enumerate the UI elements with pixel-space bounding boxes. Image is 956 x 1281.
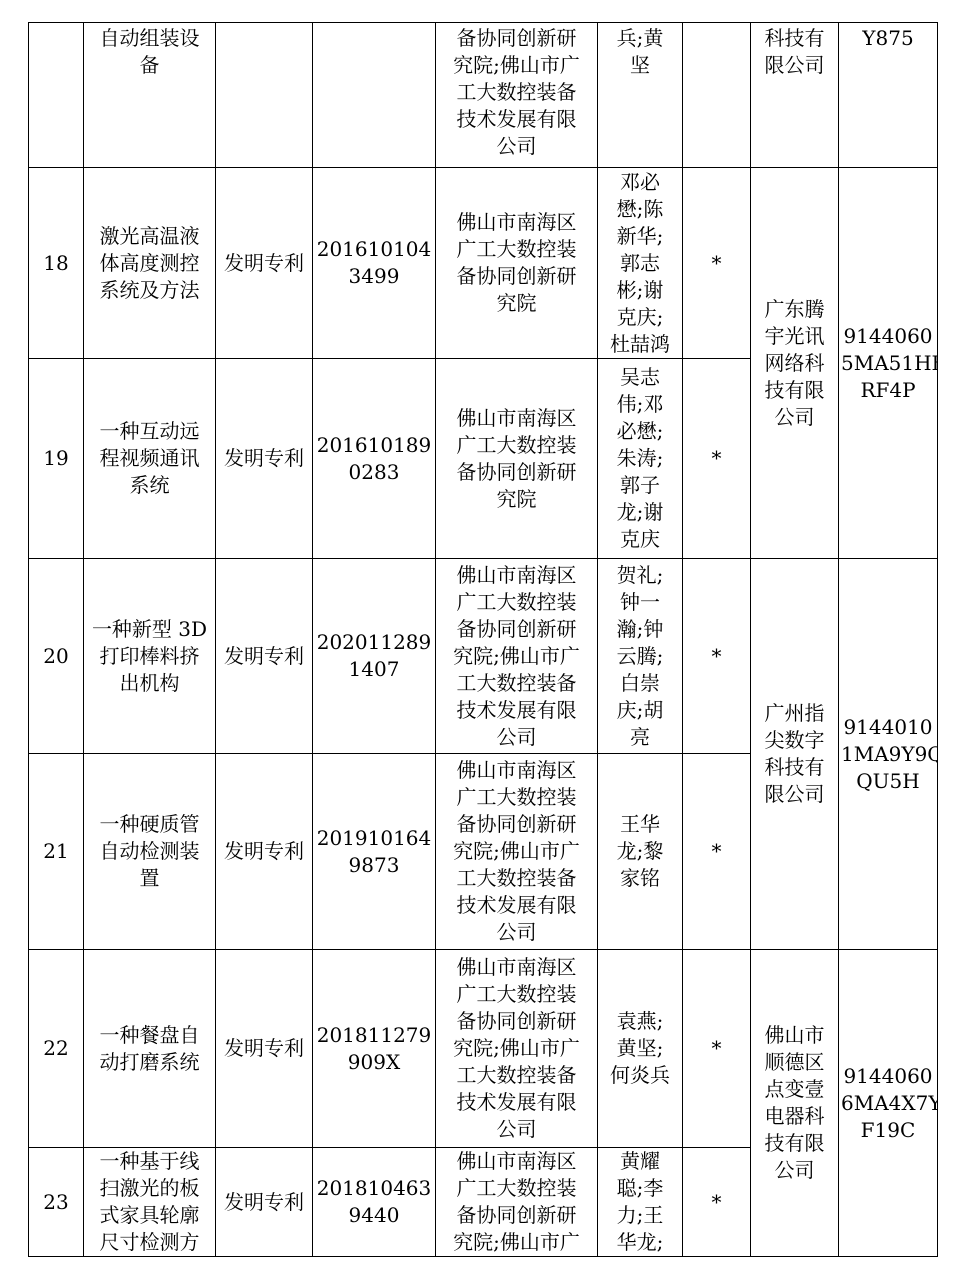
cell-flag: * (683, 754, 751, 950)
cell-flag: * (683, 1148, 751, 1257)
cell-patent-number: 202011289 1407 (313, 559, 436, 754)
cell-patent-title: 一种硬质管 自动检测装 置 (84, 754, 216, 950)
cell-patent-type: 发明专利 (216, 359, 313, 559)
cell-patent-title: 一种餐盘自 动打磨系统 (84, 950, 216, 1148)
cell-row-number: 19 (29, 359, 84, 559)
cell-patent-type: 发明专利 (216, 559, 313, 754)
table-row: 20 一种新型 3D 打印棒料挤 出机构 发明专利 202011289 1407… (29, 559, 938, 754)
cell-row-number: 20 (29, 559, 84, 754)
cell-patent-number: 201610189 0283 (313, 359, 436, 559)
cell-inventors: 王华 龙;黎 家铭 (598, 754, 683, 950)
cell-credit-code-merged: 9144060 5MA51HB RF4P (839, 168, 938, 559)
cell-patent-type: 发明专利 (216, 950, 313, 1148)
cell-inventors: 袁燕; 黄坚; 何炎兵 (598, 950, 683, 1148)
cell-company: 科技有 限公司 (751, 23, 839, 168)
cell-patent-title: 激光高温液 体高度测控 系统及方法 (84, 168, 216, 359)
cell-credit-code-merged: 9144060 6MA4X7Y F19C (839, 950, 938, 1257)
cell-inventors: 邓必 懋;陈 新华; 郭志 彬;谢 克庆; 杜喆鸿 (598, 168, 683, 359)
cell-patent-type: 发明专利 (216, 1148, 313, 1257)
cell-patent-title: 自动组装设 备 (84, 23, 216, 168)
table-row: 22 一种餐盘自 动打磨系统 发明专利 201811279 909X 佛山市南海… (29, 950, 938, 1148)
cell-inventors: 吴志 伟;邓 必懋; 朱涛; 郭子 龙;谢 克庆 (598, 359, 683, 559)
cell-applicant: 佛山市南海区 广工大数控装 备协同创新研 究院;佛山市广 工大数控装备 技术发展… (436, 950, 598, 1148)
cell-company-merged: 广州指 尖数字 科技有 限公司 (751, 559, 839, 950)
document-page: 自动组装设 备 备协同创新研 究院;佛山市广 工大数控装备 技术发展有限 公司 … (0, 0, 956, 1281)
cell-patent-title: 一种新型 3D 打印棒料挤 出机构 (84, 559, 216, 754)
cell-row-number: 23 (29, 1148, 84, 1257)
cell-patent-title: 一种互动远 程视频通讯 系统 (84, 359, 216, 559)
cell-patent-type: 发明专利 (216, 754, 313, 950)
cell-patent-number: 201811279 909X (313, 950, 436, 1148)
cell-applicant: 佛山市南海区 广工大数控装 备协同创新研 究院 (436, 359, 598, 559)
cell-patent-type (216, 23, 313, 168)
table-row: 自动组装设 备 备协同创新研 究院;佛山市广 工大数控装备 技术发展有限 公司 … (29, 23, 938, 168)
cell-row-number: 22 (29, 950, 84, 1148)
cell-row-number: 21 (29, 754, 84, 950)
cell-flag: * (683, 950, 751, 1148)
cell-company-merged: 广东腾 宇光讯 网络科 技有限 公司 (751, 168, 839, 559)
cell-flag: * (683, 168, 751, 359)
patent-table: 自动组装设 备 备协同创新研 究院;佛山市广 工大数控装备 技术发展有限 公司 … (28, 22, 938, 1257)
cell-inventors: 兵;黄 坚 (598, 23, 683, 168)
cell-patent-number (313, 23, 436, 168)
cell-flag: * (683, 559, 751, 754)
cell-credit-code: Y875 (839, 23, 938, 168)
cell-credit-code-merged: 9144010 1MA9Y9Q QU5H (839, 559, 938, 950)
cell-applicant: 备协同创新研 究院;佛山市广 工大数控装备 技术发展有限 公司 (436, 23, 598, 168)
cell-applicant: 佛山市南海区 广工大数控装 备协同创新研 究院;佛山市广 工大数控装备 技术发展… (436, 559, 598, 754)
cell-applicant: 佛山市南海区 广工大数控装 备协同创新研 究院;佛山市广 工大数控装备 技术发展… (436, 754, 598, 950)
cell-flag (683, 23, 751, 168)
cell-inventors: 黄耀 聪;李 力;王 华龙; (598, 1148, 683, 1257)
cell-company-merged: 佛山市 顺德区 点变壹 电器科 技有限 公司 (751, 950, 839, 1257)
cell-inventors: 贺礼; 钟一 瀚;钟 云腾; 白崇 庆;胡 亮 (598, 559, 683, 754)
cell-patent-number: 201810463 9440 (313, 1148, 436, 1257)
cell-patent-title: 一种基于线 扫激光的板 式家具轮廓 尺寸检测方 (84, 1148, 216, 1257)
table-row: 18 激光高温液 体高度测控 系统及方法 发明专利 201610104 3499… (29, 168, 938, 359)
cell-patent-number: 201910164 9873 (313, 754, 436, 950)
cell-patent-type: 发明专利 (216, 168, 313, 359)
cell-applicant: 佛山市南海区 广工大数控装 备协同创新研 究院 (436, 168, 598, 359)
cell-row-number (29, 23, 84, 168)
cell-row-number: 18 (29, 168, 84, 359)
cell-applicant: 佛山市南海区 广工大数控装 备协同创新研 究院;佛山市广 (436, 1148, 598, 1257)
cell-flag: * (683, 359, 751, 559)
cell-patent-number: 201610104 3499 (313, 168, 436, 359)
